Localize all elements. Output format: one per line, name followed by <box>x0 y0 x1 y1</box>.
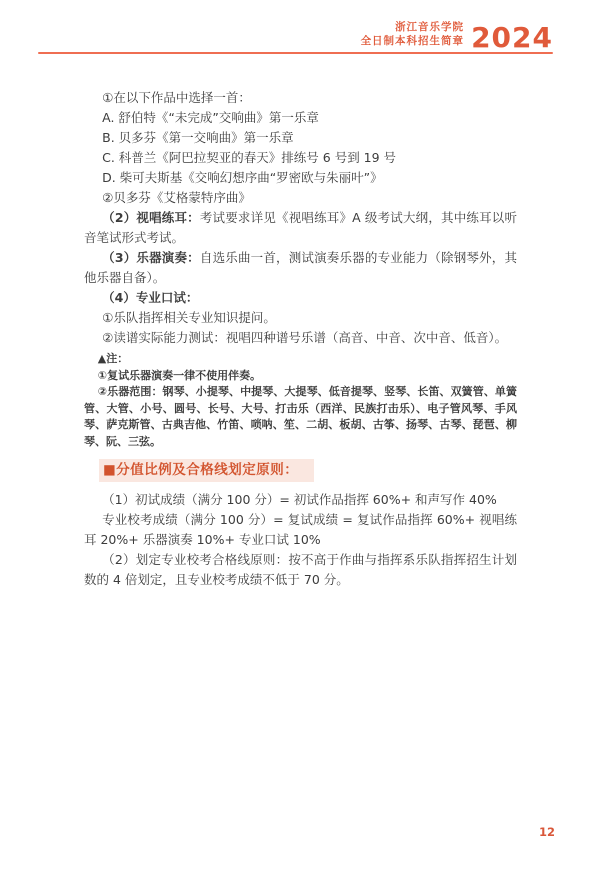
intro-line: ①在以下作品中选择一首： <box>84 88 517 108</box>
paragraph-label: （3）乐器演奏： <box>102 250 200 265</box>
work-option-2: ②贝多芬《艾格蒙特序曲》 <box>84 188 517 208</box>
score-paragraph-1: （1）初试成绩（满分 100 分）= 初试作品指挥 60%+ 和声写作 40% <box>84 490 517 510</box>
page-header: 浙江音乐学院 全日制本科招生简章 2024 <box>361 20 553 50</box>
work-option-d: D. 柴可夫斯基《交响幻想序曲“罗密欧与朱丽叶”》 <box>84 168 517 188</box>
header-subtitle: 全日制本科招生简章 <box>361 34 465 48</box>
note-title: ▲注： <box>84 351 517 368</box>
note-item-2: ②乐器范围：钢琴、小提琴、中提琴、大提琴、低音提琴、竖琴、长笛、双簧管、单簧管、… <box>84 384 517 450</box>
note-item-1: ①复试乐器演奏一律不使用伴奏。 <box>84 368 517 385</box>
note-block: ▲注： ①复试乐器演奏一律不使用伴奏。 ②乐器范围：钢琴、小提琴、中提琴、大提琴… <box>84 351 517 450</box>
header-school-name: 浙江音乐学院 <box>361 20 465 34</box>
paragraph-label: （2）视唱练耳： <box>102 210 200 225</box>
paragraph-instrument: （3）乐器演奏：自选乐曲一首，测试演奏乐器的专业能力（除钢琴外，其他乐器自备）。 <box>84 248 517 288</box>
score-paragraph-2: 专业校考成绩（满分 100 分）= 复试成绩 = 复试作品指挥 60%+ 视唱练… <box>84 510 517 550</box>
score-paragraph-3: （2）划定专业校考合格线原则：按不高于作曲与指挥系乐队指挥招生计划数的 4 倍划… <box>84 550 517 590</box>
oral-exam-item-1: ①乐队指挥相关专业知识提问。 <box>84 308 517 328</box>
work-option-c: C. 科普兰《阿巴拉契亚的春天》排练号 6 号到 19 号 <box>84 148 517 168</box>
page-number: 12 <box>539 825 555 839</box>
work-option-a: A. 舒伯特《“未完成”交响曲》第一乐章 <box>84 108 517 128</box>
paragraph-sightsinging: （2）视唱练耳：考试要求详见《视唱练耳》A 级考试大纲，其中练耳以听音笔试形式考… <box>84 208 517 248</box>
header-divider <box>38 52 553 54</box>
section-heading: ■分值比例及合格线划定原则： <box>99 459 314 482</box>
header-org-block: 浙江音乐学院 全日制本科招生简章 <box>361 20 465 50</box>
document-body: ①在以下作品中选择一首： A. 舒伯特《“未完成”交响曲》第一乐章 B. 贝多芬… <box>84 88 517 590</box>
header-year: 2024 <box>471 26 553 50</box>
oral-exam-item-2: ②读谱实际能力测试：视唱四种谱号乐谱（高音、中音、次中音、低音）。 <box>84 328 517 348</box>
paragraph-oral-exam: （4）专业口试： <box>84 288 517 308</box>
section-heading-row: ■分值比例及合格线划定原则： <box>84 459 517 482</box>
document-page: 浙江音乐学院 全日制本科招生简章 2024 ①在以下作品中选择一首： A. 舒伯… <box>0 0 600 884</box>
work-option-b: B. 贝多芬《第一交响曲》第一乐章 <box>84 128 517 148</box>
